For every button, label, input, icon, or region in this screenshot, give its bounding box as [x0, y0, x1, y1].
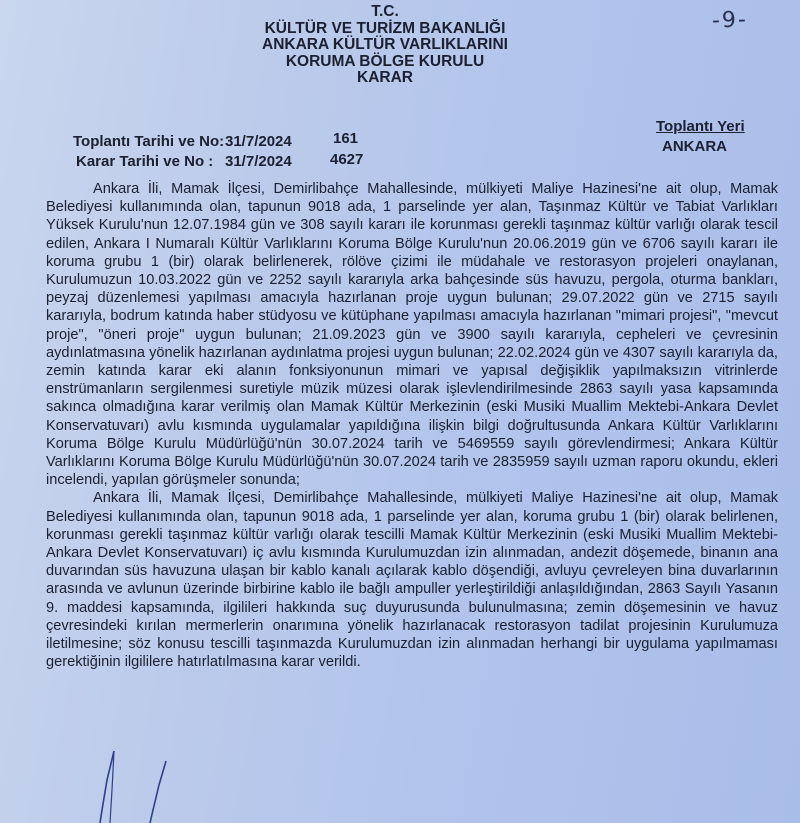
header-decision: KARAR: [0, 70, 800, 87]
decision-number: 4627: [330, 151, 363, 168]
decision-body: Ankara İli, Mamak İlçesi, Demirlibahçe M…: [46, 180, 778, 671]
meeting-date: 31/7/2024: [225, 133, 292, 150]
meeting-date-label: Toplantı Tarihi ve No:: [73, 133, 224, 150]
signature-strokes: [60, 740, 260, 823]
decision-date-label: Karar Tarihi ve No :: [76, 153, 213, 170]
header-directorate: ANKARA KÜLTÜR VARLIKLARINI: [0, 37, 800, 54]
meeting-number: 161: [333, 130, 358, 147]
meeting-place-label: Toplantı Yeri: [656, 118, 745, 135]
header-ministry: KÜLTÜR VE TURİZM BAKANLIĞI: [0, 21, 800, 38]
meeting-place: ANKARA: [662, 138, 727, 155]
paragraph-decision: Ankara İli, Mamak İlçesi, Demirlibahçe M…: [46, 489, 778, 671]
paragraph-background: Ankara İli, Mamak İlçesi, Demirlibahçe M…: [46, 180, 778, 489]
header-tc: T.C.: [0, 4, 800, 21]
header-board: KORUMA BÖLGE KURULU: [0, 54, 800, 71]
decision-date: 31/7/2024: [225, 153, 292, 170]
document-header: T.C. KÜLTÜR VE TURİZM BAKANLIĞI ANKARA K…: [0, 4, 800, 87]
